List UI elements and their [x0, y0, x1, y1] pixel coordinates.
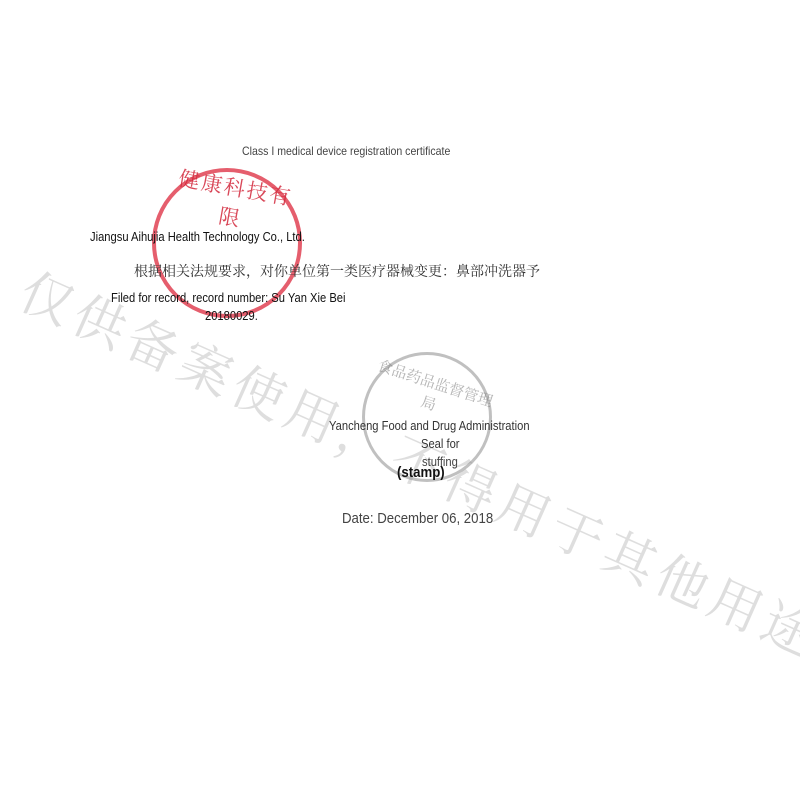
stamp-label: (stamp) — [397, 464, 445, 481]
record-number: 20180029. — [205, 308, 258, 323]
filed-record-line: Filed for record, record number: Su Yan … — [111, 290, 345, 305]
seal-for-label: Seal for — [421, 436, 460, 451]
body-text-chinese: 根据相关法规要求，对你单位第一类医疗器械变更：鼻部冲洗器予 — [134, 261, 540, 281]
agency-name: Yancheng Food and Drug Administration — [329, 418, 530, 433]
document-page: 仅供备案使用，不得用于其他用途 健康科技有限 食品药品监督管理局 Class I… — [0, 0, 800, 800]
company-name: Jiangsu Aihujia Health Technology Co., L… — [90, 229, 305, 244]
certificate-title: Class I medical device registration cert… — [242, 144, 450, 158]
issue-date: Date: December 06, 2018 — [342, 510, 493, 527]
